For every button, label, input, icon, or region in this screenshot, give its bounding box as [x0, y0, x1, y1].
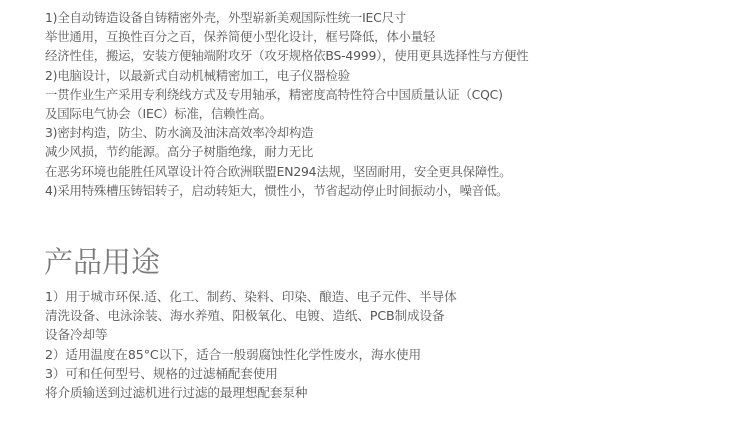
- usage-line: 2）适用温度在85°C以下，适合一般弱腐蚀性化学性废水，海水使用: [45, 345, 457, 364]
- product-usage-list: 1）用于城市环保.适、化工、制药、染料、印染、酿造、电子元件、半导体 清洗设备、…: [45, 287, 457, 402]
- usage-line: 1）用于城市环保.适、化工、制药、染料、印染、酿造、电子元件、半导体: [45, 287, 457, 306]
- feature-line: 3)密封构造，防尘、防水滴及油沫高效率冷却构造: [45, 123, 528, 142]
- usage-line: 3）可和任何型号、规格的过滤桶配套使用: [45, 364, 457, 383]
- feature-line: 减少风损，节约能源。高分子树脂绝缘，耐力无比: [45, 142, 528, 161]
- feature-line: 4)采用特殊槽压铸铝转子，启动转矩大，惯性小，节省起动停止时间振动小，噪音低。: [45, 181, 528, 200]
- feature-line: 2)电脑设计，以最新式自动机械精密加工，电子仪器检验: [45, 66, 528, 85]
- feature-line: 一贯作业生产采用专利绕线方式及专用轴承，精密度高特性符合中国质量认证（CQC): [45, 85, 528, 104]
- usage-line: 将介质输送到过滤机进行过滤的最理想配套泵种: [45, 383, 457, 402]
- section-title-product-usage: 产品用途: [44, 244, 160, 280]
- feature-line: 举世通用，互换性百分之百，保养简便小型化设计，框号降低，体小量轻: [45, 27, 528, 46]
- product-features: 1)全自动铸造设备自铸精密外壳，外型崭新美观国际性统一IEC尺寸 举世通用，互换…: [45, 8, 528, 200]
- feature-line: 及国际电气协会（IEC）标准，信赖性高。: [45, 104, 528, 123]
- usage-line: 设备冷却等: [45, 325, 457, 344]
- feature-line: 经济性佳，搬运，安装方便轴端附攻牙（攻牙规格依BS-4999），使用更具选择性与…: [45, 46, 528, 65]
- feature-line: 在恶劣环境也能胜任风罩设计符合欧洲联盟EN294法规，坚固耐用，安全更具保障性。: [45, 162, 528, 181]
- usage-line: 清洗设备、电泳涂装、海水养殖、阳极氧化、电镀、造纸、PCB制成设备: [45, 306, 457, 325]
- feature-line: 1)全自动铸造设备自铸精密外壳，外型崭新美观国际性统一IEC尺寸: [45, 8, 528, 27]
